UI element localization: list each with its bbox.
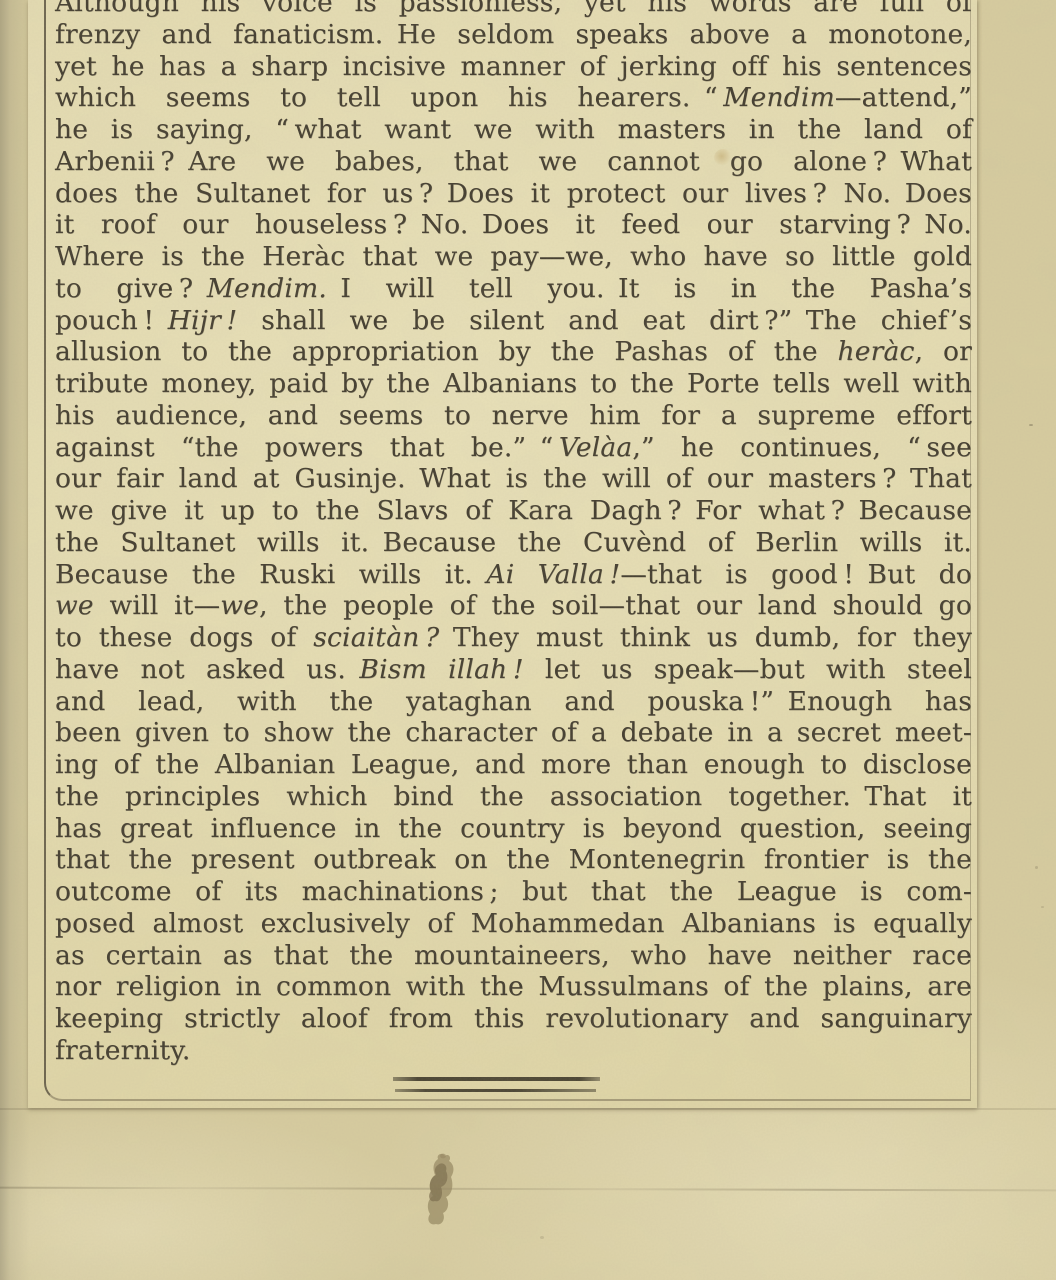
italic-text-segment: sciaitàn ? bbox=[313, 622, 439, 653]
text-segment: we give it up to the Slavs of Kara Dagh … bbox=[55, 495, 972, 526]
text-segment: outcome of its machinations ; but that t… bbox=[55, 876, 972, 907]
text-line: nor religion in common with the Mussulma… bbox=[55, 971, 972, 1003]
italic-text-segment: Mendim. bbox=[207, 273, 327, 304]
text-segment: our fair land at Gusinje. What is the wi… bbox=[55, 463, 972, 494]
text-line: Although his voice is passionless, yet h… bbox=[55, 0, 972, 19]
text-segment: it roof our houseless ? No. Does it feed… bbox=[55, 209, 972, 240]
italic-text-segment: Hijr ! bbox=[168, 305, 238, 336]
text-segment: They must think us dumb, for they bbox=[439, 622, 972, 653]
text-segment: which seems to tell upon his hearers. “ bbox=[55, 82, 723, 113]
text-segment: will it— bbox=[94, 590, 221, 621]
section-divider bbox=[393, 1077, 600, 1092]
paper-speck bbox=[540, 1236, 544, 1239]
text-line: we will it—we, the people of the soil—th… bbox=[55, 590, 972, 622]
newspaper-clipping: Although his voice is passionless, yet h… bbox=[28, 0, 977, 1108]
text-segment: does the Sultanet for us ? Does it prote… bbox=[55, 178, 972, 209]
text-segment: to give ? bbox=[55, 273, 207, 304]
text-segment: he is saying, “ what want we with master… bbox=[55, 114, 972, 145]
text-segment: Although his voice is passionless, yet h… bbox=[55, 0, 972, 18]
text-segment: ,” he continues, “ see bbox=[632, 432, 972, 463]
text-line: keeping strictly aloof from this revolut… bbox=[55, 1003, 972, 1035]
text-segment: frenzy and fanaticism. He seldom speaks … bbox=[55, 19, 972, 50]
text-segment: the principles which bind the associatio… bbox=[55, 781, 972, 812]
article-text: Although his voice is passionless, yet h… bbox=[55, 0, 972, 1067]
paper-stain-fleck bbox=[714, 149, 731, 165]
text-line: the Sultanet wills it. Because the Cuvèn… bbox=[55, 527, 972, 559]
text-line: have not asked us. Bism illah ! let us s… bbox=[55, 654, 972, 686]
divider-line-bottom bbox=[395, 1089, 596, 1092]
text-segment: and lead, with the yataghan and pouska !… bbox=[55, 686, 972, 717]
text-segment: , the people of the soil—that our land s… bbox=[259, 590, 972, 621]
text-line: yet he has a sharp incisive manner of je… bbox=[55, 51, 972, 83]
paper-speck bbox=[1029, 424, 1033, 426]
text-line: tribute money, paid by the Albanians to … bbox=[55, 368, 972, 400]
text-line: been given to show the character of a de… bbox=[55, 717, 972, 749]
text-segment: pouch ! bbox=[55, 305, 168, 336]
divider-line-top bbox=[393, 1077, 600, 1081]
text-segment: against “the powers that be.” “ bbox=[55, 432, 559, 463]
text-line: which seems to tell upon his hearers. “ … bbox=[55, 82, 972, 114]
scan-edge-shadow bbox=[0, 0, 30, 1280]
text-segment: Because the Ruski wills it. bbox=[55, 559, 486, 590]
text-segment: Arbenii ? Are we babes, that we cannot g… bbox=[55, 146, 972, 177]
italic-text-segment: we bbox=[55, 590, 94, 621]
text-segment: yet he has a sharp incisive manner of je… bbox=[55, 51, 972, 82]
text-segment: ing of the Albanian League, and more tha… bbox=[55, 749, 972, 780]
text-segment: shall we be silent and eat dirt ?” The c… bbox=[237, 305, 972, 336]
text-segment: has great influence in the country is be… bbox=[55, 813, 972, 844]
text-segment: have not asked us. bbox=[55, 654, 359, 685]
text-line: as certain as that the mountaineers, who… bbox=[55, 940, 972, 972]
text-line: posed almost exclusively of Mohammedan A… bbox=[55, 908, 972, 940]
text-segment: as certain as that the mountaineers, who… bbox=[55, 940, 972, 971]
text-line: Because the Ruski wills it. Ai Valla !—t… bbox=[55, 559, 972, 591]
italic-text-segment: Mendim bbox=[723, 82, 835, 113]
italic-text-segment: we bbox=[220, 590, 259, 621]
text-segment: fraternity. bbox=[55, 1035, 191, 1066]
scrapbook-page: Although his voice is passionless, yet h… bbox=[0, 0, 1056, 1280]
text-line: allusion to the appropriation by the Pas… bbox=[55, 336, 972, 368]
text-segment: allusion to the appropriation by the Pas… bbox=[55, 336, 838, 367]
text-line: that the present outbreak on the Montene… bbox=[55, 844, 972, 876]
text-line: the principles which bind the associatio… bbox=[55, 781, 972, 813]
text-line: outcome of its machinations ; but that t… bbox=[55, 876, 972, 908]
text-segment: , or bbox=[915, 336, 972, 367]
text-segment: keeping strictly aloof from this revolut… bbox=[55, 1003, 972, 1034]
text-segment: Where is the Heràc that we pay—we, who h… bbox=[55, 241, 972, 272]
text-line: to give ? Mendim. I will tell you. It is… bbox=[55, 273, 972, 305]
italic-text-segment: Ai Valla ! bbox=[486, 559, 620, 590]
paper-speck bbox=[1035, 866, 1038, 869]
text-segment: his audience, and seems to nerve him for… bbox=[55, 400, 972, 431]
text-segment: tribute money, paid by the Albanians to … bbox=[55, 368, 972, 399]
text-line: frenzy and fanaticism. He seldom speaks … bbox=[55, 19, 972, 51]
text-line: to these dogs of sciaitàn ? They must th… bbox=[55, 622, 972, 654]
text-line: does the Sultanet for us ? Does it prote… bbox=[55, 178, 972, 210]
text-line: Where is the Heràc that we pay—we, who h… bbox=[55, 241, 972, 273]
text-line: ing of the Albanian League, and more tha… bbox=[55, 749, 972, 781]
text-line: it roof our houseless ? No. Does it feed… bbox=[55, 209, 972, 241]
text-line: Arbenii ? Are we babes, that we cannot g… bbox=[55, 146, 972, 178]
text-segment: that the present outbreak on the Montene… bbox=[55, 844, 972, 875]
italic-text-segment: Bism illah ! bbox=[359, 654, 523, 685]
text-segment: I will tell you. It is in the Pasha’s bbox=[327, 273, 972, 304]
text-line: we give it up to the Slavs of Kara Dagh … bbox=[55, 495, 972, 527]
text-segment: been given to show the character of a de… bbox=[55, 717, 972, 748]
text-line: his audience, and seems to nerve him for… bbox=[55, 400, 972, 432]
text-segment: —that is good ! But do bbox=[620, 559, 972, 590]
text-segment: posed almost exclusively of Mohammedan A… bbox=[55, 908, 972, 939]
text-line: against “the powers that be.” “ Velàa,” … bbox=[55, 432, 972, 464]
paper-crease bbox=[0, 1187, 1056, 1192]
ink-smudge bbox=[418, 1152, 466, 1226]
text-line: fraternity. bbox=[55, 1035, 972, 1067]
text-segment: the Sultanet wills it. Because the Cuvèn… bbox=[55, 527, 972, 558]
text-line: has great influence in the country is be… bbox=[55, 813, 972, 845]
italic-text-segment: Velàa bbox=[559, 432, 632, 463]
text-segment: nor religion in common with the Mussulma… bbox=[55, 971, 972, 1002]
text-line: he is saying, “ what want we with master… bbox=[55, 114, 972, 146]
italic-text-segment: heràc bbox=[838, 336, 915, 367]
text-line: and lead, with the yataghan and pouska !… bbox=[55, 686, 972, 718]
text-line: our fair land at Gusinje. What is the wi… bbox=[55, 463, 972, 495]
text-segment: let us speak—but with steel bbox=[524, 654, 972, 685]
text-segment: to these dogs of bbox=[55, 622, 313, 653]
text-line: pouch ! Hijr ! shall we be silent and ea… bbox=[55, 305, 972, 337]
text-segment: —attend,” bbox=[835, 82, 972, 113]
paper-speck bbox=[1041, 906, 1044, 908]
clipping-bottom-edge-shadow bbox=[0, 1108, 1056, 1110]
